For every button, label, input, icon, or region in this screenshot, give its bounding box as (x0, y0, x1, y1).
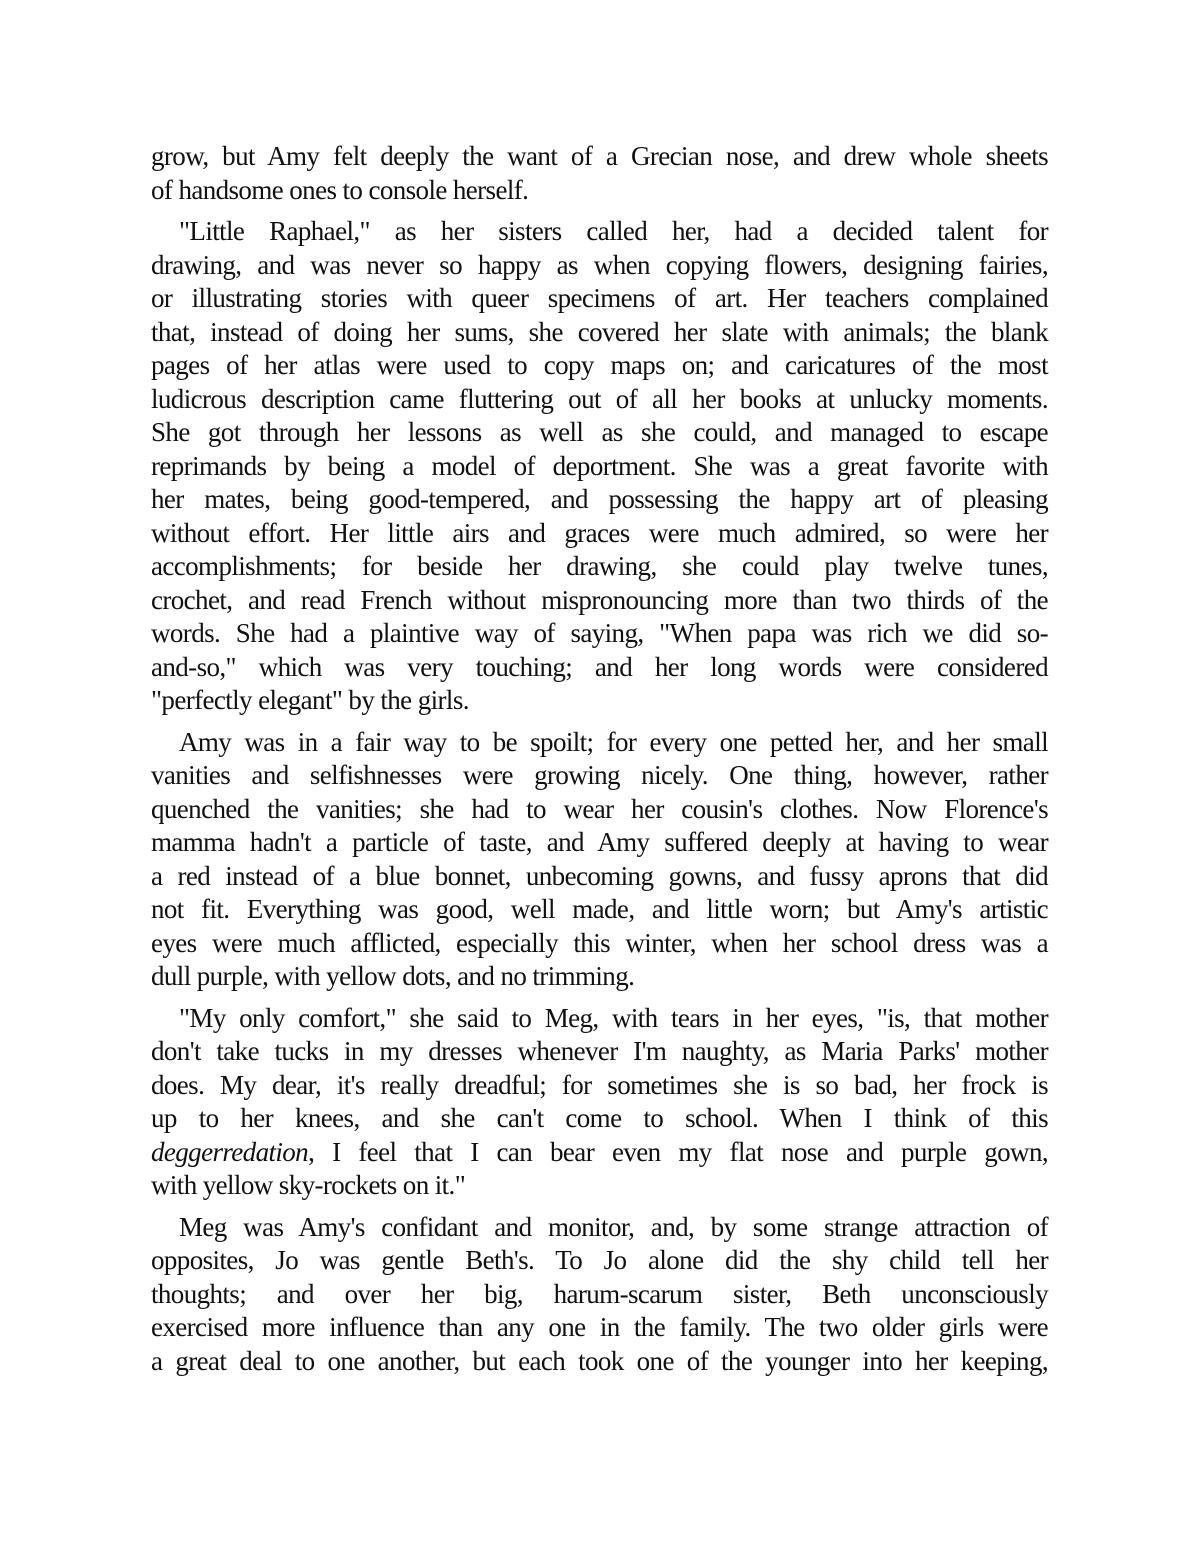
text-line: a red instead of a blue bonnet, unbecomi… (151, 860, 1048, 894)
text-line: her mates, being good-tempered, and poss… (151, 483, 1048, 517)
text-line: without effort. Her little airs and grac… (151, 517, 1048, 551)
text-line: up to her knees, and she can't come to s… (151, 1102, 1048, 1136)
text-line: accomplishments; for beside her drawing,… (151, 550, 1048, 584)
text-line: vanities and selfishnesses were growing … (151, 759, 1048, 793)
text-line: don't take tucks in my dresses whenever … (151, 1035, 1048, 1069)
text-line: reprimands by being a model of deportmen… (151, 450, 1048, 484)
text-line: "My only comfort," she said to Meg, with… (151, 1002, 1048, 1036)
text-line: pages of her atlas were used to copy map… (151, 349, 1048, 383)
text-line: Amy was in a fair way to be spoilt; for … (151, 726, 1048, 760)
text-line: does. My dear, it's really dreadful; for… (151, 1069, 1048, 1103)
paragraph-1: grow, but Amy felt deeply the want of a … (151, 140, 1048, 207)
italic-word: deggerredation (151, 1137, 308, 1167)
text-line: opposites, Jo was gentle Beth's. To Jo a… (151, 1244, 1048, 1278)
text-line: quenched the vanities; she had to wear h… (151, 793, 1048, 827)
book-page: grow, but Amy felt deeply the want of a … (151, 140, 1048, 1386)
paragraph-3: Amy was in a fair way to be spoilt; for … (151, 726, 1048, 994)
paragraph-5: Meg was Amy's confidant and monitor, and… (151, 1211, 1048, 1379)
text-line: "Little Raphael," as her sisters called … (151, 215, 1048, 249)
text-line: "perfectly elegant" by the girls. (151, 684, 1048, 718)
text-line: that, instead of doing her sums, she cov… (151, 316, 1048, 350)
text-line: deggerredation, I feel that I can bear e… (151, 1136, 1048, 1170)
paragraph-2: "Little Raphael," as her sisters called … (151, 215, 1048, 718)
text-line: mamma hadn't a particle of taste, and Am… (151, 826, 1048, 860)
text-line: not fit. Everything was good, well made,… (151, 893, 1048, 927)
text-line: grow, but Amy felt deeply the want of a … (151, 140, 1048, 174)
paragraph-4: "My only comfort," she said to Meg, with… (151, 1002, 1048, 1203)
text-line: ludicrous description came fluttering ou… (151, 383, 1048, 417)
text-line: thoughts; and over her big, harum-scarum… (151, 1278, 1048, 1312)
text-line: dull purple, with yellow dots, and no tr… (151, 960, 1048, 994)
text-line: or illustrating stories with queer speci… (151, 282, 1048, 316)
text-span: , I feel that I can bear even my flat no… (308, 1137, 1048, 1167)
text-line: with yellow sky-rockets on it." (151, 1169, 1048, 1203)
text-line: exercised more influence than any one in… (151, 1311, 1048, 1345)
text-line: eyes were much afflicted, especially thi… (151, 927, 1048, 961)
text-line: words. She had a plaintive way of saying… (151, 617, 1048, 651)
text-line: and-so," which was very touching; and he… (151, 651, 1048, 685)
text-line: a great deal to one another, but each to… (151, 1345, 1048, 1379)
text-line: drawing, and was never so happy as when … (151, 249, 1048, 283)
text-line: She got through her lessons as well as s… (151, 416, 1048, 450)
text-line: Meg was Amy's confidant and monitor, and… (151, 1211, 1048, 1245)
text-line: crochet, and read French without mispron… (151, 584, 1048, 618)
text-line: of handsome ones to console herself. (151, 174, 1048, 208)
